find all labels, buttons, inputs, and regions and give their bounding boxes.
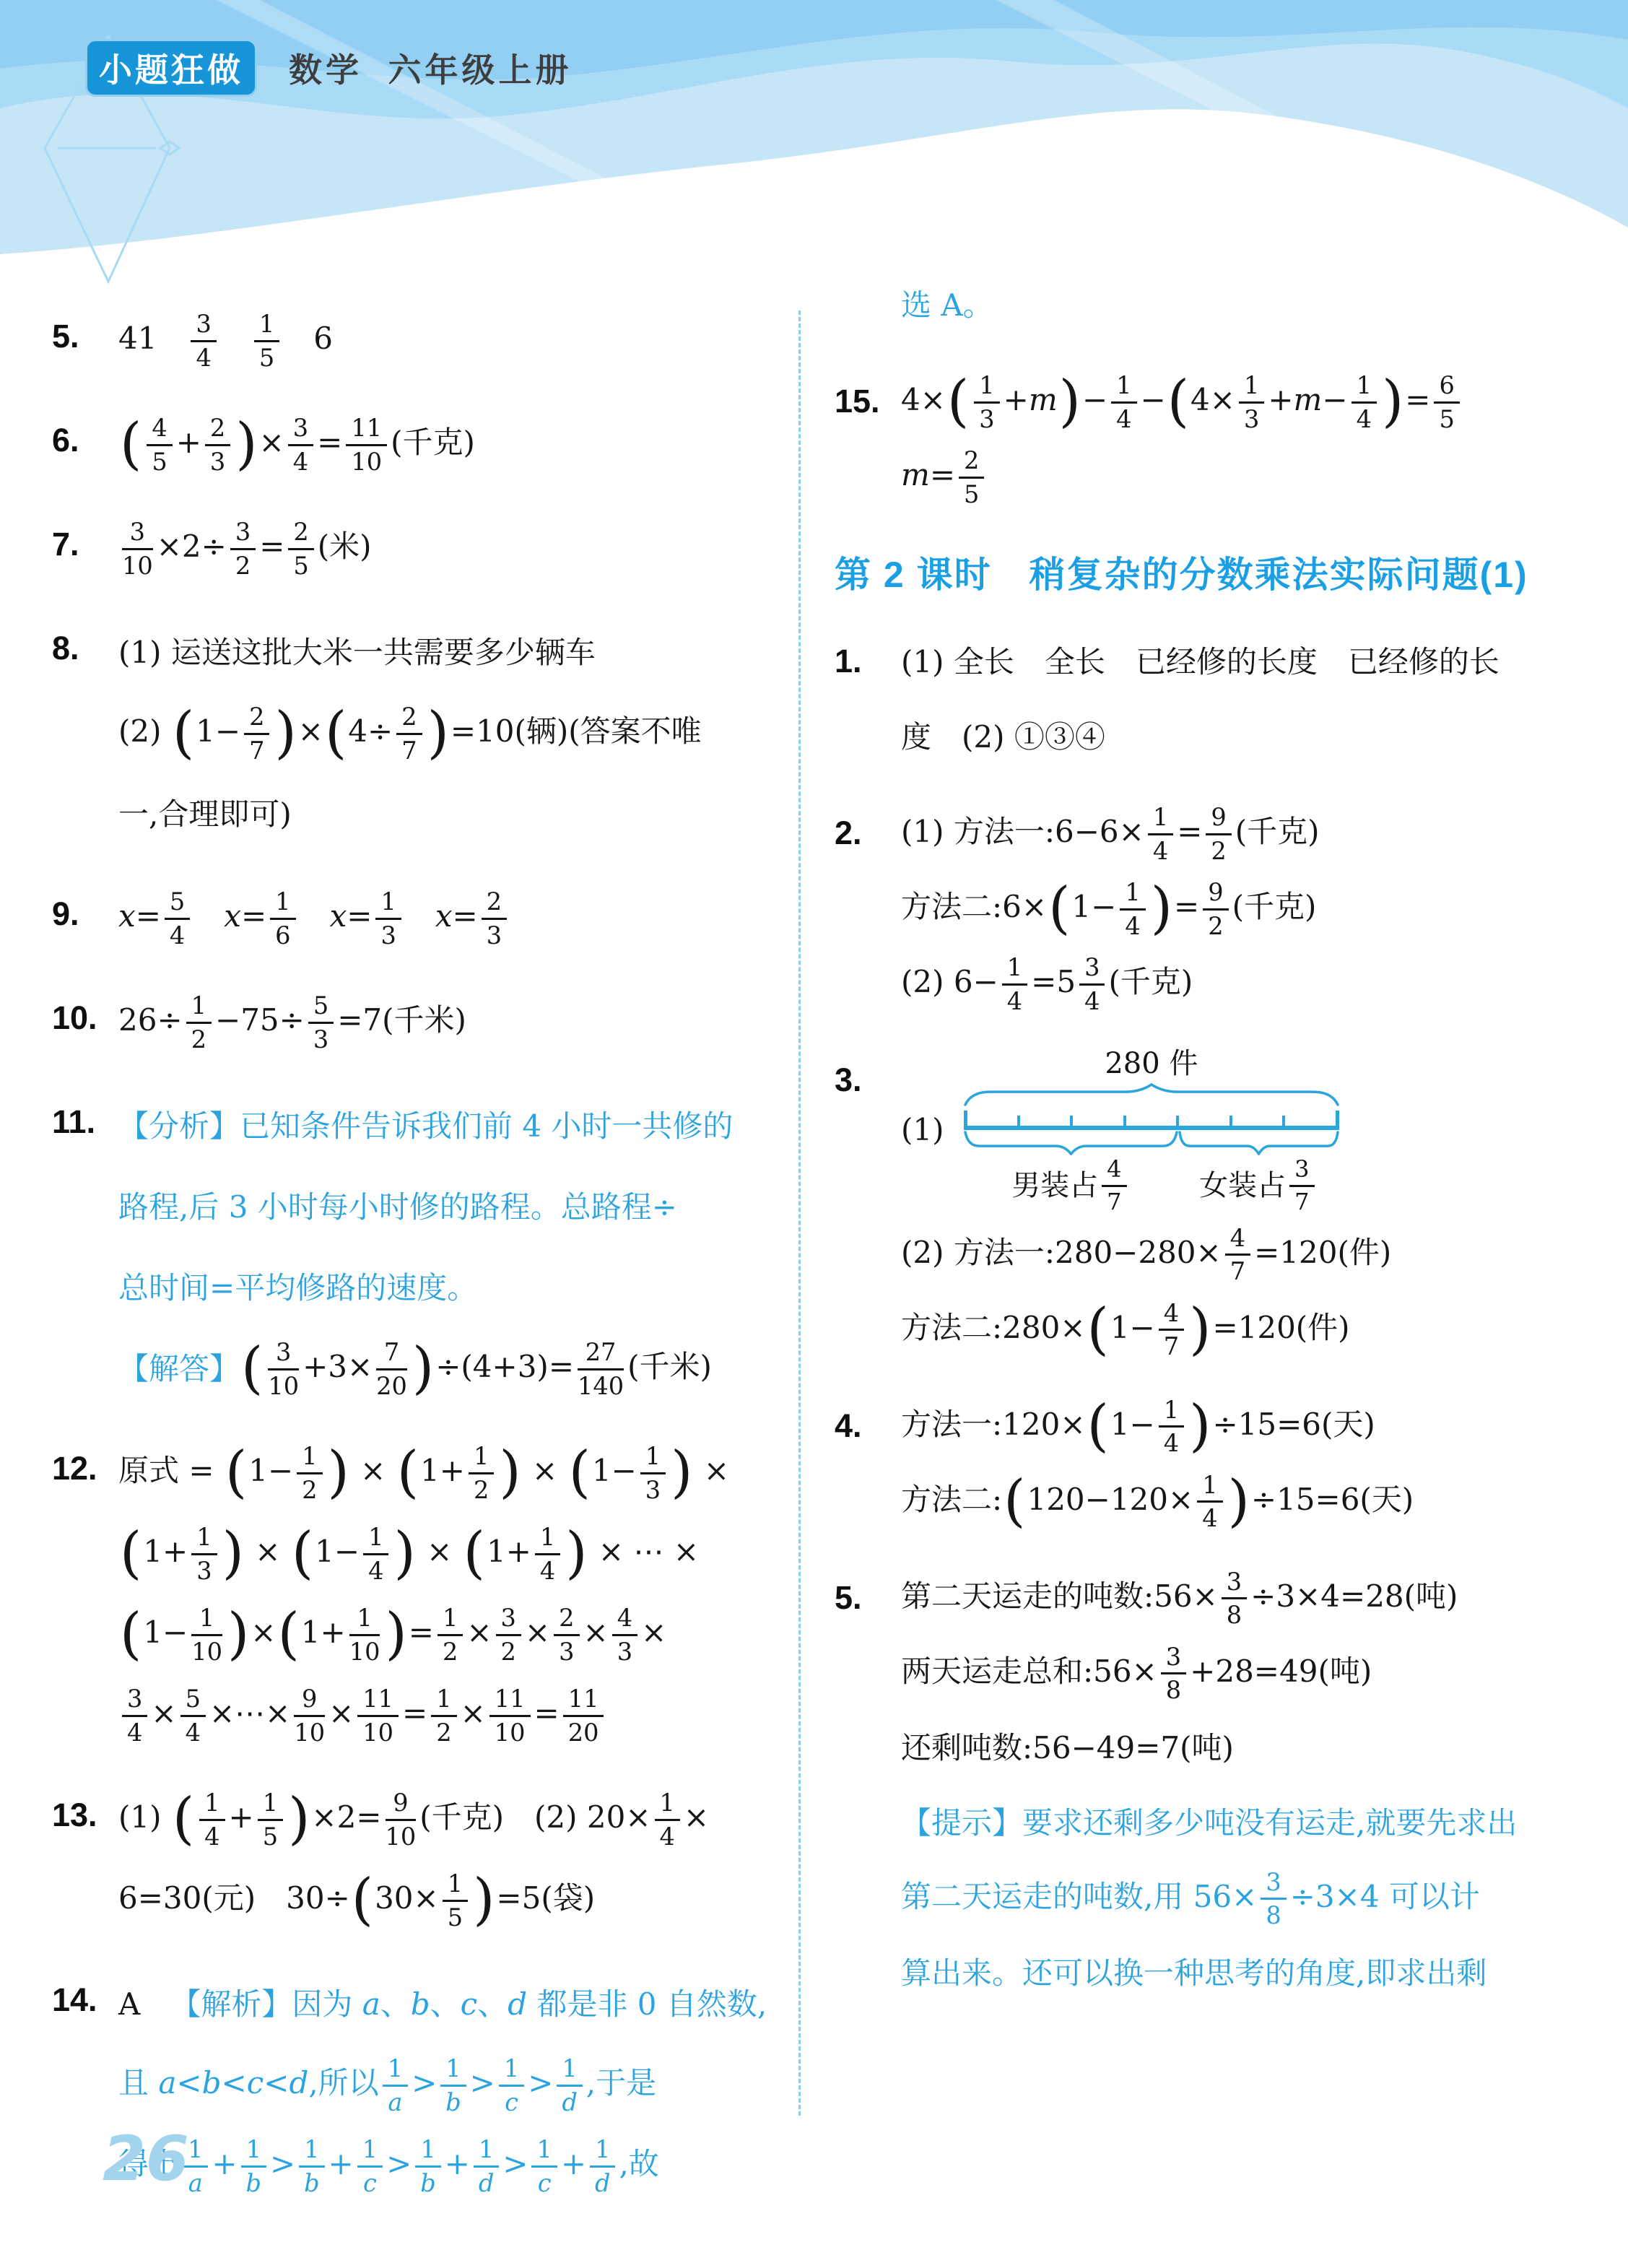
content-line: (2) (1−27)×(4÷27)=10(辆)(答案不唯: [118, 696, 785, 771]
big-paren: (: [224, 1440, 248, 1505]
fraction: 34: [288, 414, 313, 475]
item-number: 3.: [835, 1041, 901, 1119]
big-paren: ): [287, 1786, 311, 1851]
big-paren: (: [1086, 1394, 1110, 1459]
item-body: 选 A。: [901, 266, 1589, 345]
fraction: 13: [974, 372, 999, 433]
big-paren: ): [1188, 1297, 1212, 1362]
text-run: (1) 运送这批大米一共需要多少辆车: [118, 634, 596, 672]
text-run: 【解析】因为 a、b、c、d 都是非 0 自然数,: [170, 1986, 767, 2024]
text-run: (1+13) × (1−14) × (1+14) × ⋯ ×: [118, 1524, 699, 1584]
content-line: 34×54×⋯×910×1110=12×1110=1120: [118, 1678, 785, 1753]
content-line: (1−110)×(1+110)=12×32×23×43×: [118, 1597, 785, 1672]
fraction: 23: [482, 888, 507, 949]
big-paren: (: [118, 1602, 143, 1667]
fraction: 27: [244, 703, 269, 764]
text-run: (1) (14+15)×2=910(千克) (2) 20×14×: [118, 1789, 709, 1850]
text-run: 路程,后 3 小时每小时修的路程。总路程÷: [118, 1189, 677, 1227]
fraction: 14: [535, 1524, 560, 1584]
fraction: 45: [147, 414, 172, 475]
fraction: 1c: [499, 2055, 524, 2116]
item-body: (1) (14+15)×2=910(千克) (2) 20×14×6=30(元) …: [118, 1776, 785, 1944]
big-paren: ): [392, 1521, 417, 1586]
item-body: (1) 方法一:6−6×14=92(千克)方法二:6×(1−14)=92(千克)…: [901, 794, 1589, 1024]
diagram-left-label: 男装占47: [964, 1157, 1178, 1215]
fraction: 14: [1159, 1396, 1184, 1457]
content-line: (1) 全长 全长 已经修的长度 已经修的长: [901, 627, 1589, 698]
big-paren: ): [383, 1602, 408, 1667]
fraction: 12: [186, 992, 212, 1053]
content-line: (1) 方法一:6−6×14=92(千克): [901, 799, 1589, 869]
content-line: (1) 运送这批大米一共需要多少辆车: [118, 615, 785, 690]
workbook-answer-page: { "header": { "badge": "小题狂做", "title": …: [0, 0, 1628, 2268]
text-run: 总时间=平均修路的速度。: [118, 1269, 477, 1308]
text-run: (45+23)×34=1110(千克): [118, 414, 475, 475]
item-body: 方法一:120×(1−14)÷15=6(天)方法二:(120−120×14)÷1…: [901, 1387, 1589, 1542]
content-line: (2) 6−14=534(千克): [901, 949, 1589, 1020]
text-run: (1): [901, 1111, 954, 1150]
content-line: (1) (14+15)×2=910(千克) (2) 20×14×: [118, 1782, 785, 1857]
fraction: 12: [469, 1443, 494, 1503]
fraction: 92: [1206, 804, 1231, 864]
fraction: 25: [959, 447, 984, 508]
item-number: [835, 266, 901, 344]
item-number: 10.: [52, 979, 118, 1057]
fraction: 34: [1079, 954, 1105, 1014]
content-line: 路程,后 3 小时每小时修的路程。总路程÷: [118, 1170, 785, 1245]
item-body: x=54 x=16 x=13 x=23: [118, 875, 785, 962]
item-body: (1) 280 件男装占47女装占37(2) 方法一:280−280×47=12…: [901, 1041, 1589, 1370]
content-line: (45+23)×34=1110(千克): [118, 407, 785, 482]
content-line: A 【解析】因为 a、b、c、d 都是非 0 自然数,: [118, 1967, 785, 2042]
header-band: 小题狂做 数学 六年级上册: [0, 0, 1628, 274]
content-line: 方法二:6×(1−14)=92(千克): [901, 874, 1589, 944]
big-paren: ): [1380, 369, 1405, 434]
fraction: 13: [640, 1443, 666, 1503]
text-run: A: [118, 1986, 170, 2024]
text-run: 41 34 15 6: [118, 310, 333, 371]
big-paren: ): [221, 1521, 245, 1586]
fraction: 15: [254, 310, 279, 371]
fraction: 65: [1434, 372, 1459, 433]
big-paren: (: [1166, 369, 1190, 434]
content-line: (1) 280 件男装占47女装占37: [901, 1046, 1589, 1215]
text-run: 原式 = (1−12) × (1+12) × (1−13) ×: [118, 1443, 729, 1503]
content-line: 方法二:(120−120×14)÷15=6(天): [901, 1467, 1589, 1537]
text-run: 4×(13+m)−14−(4×13+m−14)=65: [901, 372, 1463, 433]
series-logo-badge: 小题狂做: [85, 39, 257, 97]
fraction: 12: [297, 1443, 322, 1503]
fraction: 38: [1261, 1869, 1286, 1929]
brace-bottom-right: [1178, 1131, 1339, 1155]
big-paren: (: [567, 1440, 592, 1505]
fraction: 1c: [531, 2136, 557, 2197]
fraction: 110: [349, 1604, 380, 1665]
fraction: 14: [1002, 954, 1027, 1014]
text-run: x=54 x=16 x=13 x=23: [118, 888, 510, 949]
fraction: 47: [1159, 1300, 1184, 1360]
answer-item-9: 9.x=54 x=16 x=13 x=23: [52, 875, 785, 962]
big-paren: ): [234, 412, 258, 477]
answer-item-8: 8.(1) 运送这批大米一共需要多少辆车(2) (1−27)×(4÷27)=10…: [52, 609, 785, 858]
item-number: 6.: [52, 401, 118, 479]
big-paren: ): [1227, 1469, 1251, 1534]
fraction: 14: [199, 1789, 225, 1850]
fraction: 1110: [489, 1685, 531, 1746]
big-paren: ): [564, 1521, 588, 1586]
item-number: 1.: [835, 622, 901, 700]
big-paren: (: [118, 1521, 143, 1586]
item-body: (1) 运送这批大米一共需要多少辆车(2) (1−27)×(4÷27)=10(辆…: [118, 609, 785, 858]
content-line: (1+13) × (1−14) × (1+14) × ⋯ ×: [118, 1516, 785, 1591]
text-run: 方法二:280×(1−47)=120(件): [901, 1300, 1350, 1360]
fraction: 34: [122, 1685, 147, 1746]
big-paren: (: [290, 1521, 315, 1586]
answer-item-12: 12.原式 = (1−12) × (1+12) × (1−13) ×(1+13)…: [52, 1430, 785, 1759]
item-number: 7.: [52, 505, 118, 583]
big-paren: (: [323, 700, 348, 765]
big-paren: (: [118, 412, 143, 477]
item-number: 5.: [52, 297, 118, 375]
content-line: 【分析】已知条件告诉我们前 4 小时一共修的: [118, 1089, 785, 1164]
fraction: 47: [1225, 1225, 1250, 1285]
content-line: 26÷12−75÷53=7(千米): [118, 985, 785, 1060]
fraction: 15: [258, 1789, 283, 1850]
fraction: 14: [1197, 1472, 1222, 1532]
column-divider: [798, 310, 801, 2116]
item-number: 13.: [52, 1776, 118, 1854]
fraction: 27140: [578, 1339, 624, 1399]
answer-item-4: 4.方法一:120×(1−14)÷15=6(天)方法二:(120−120×14)…: [835, 1387, 1589, 1542]
item-body: 【分析】已知条件告诉我们前 4 小时一共修的路程,后 3 小时每小时修的路程。总…: [118, 1083, 785, 1412]
text-run: 得出1a+1b>1b+1c>1b+1d>1c+1d,故: [118, 2136, 659, 2197]
big-paren: (: [240, 1336, 264, 1401]
fraction: 34: [191, 310, 216, 371]
content-line: 6=30(元) 30÷(30×15)=5(袋): [118, 1863, 785, 1938]
fraction: 14: [1148, 804, 1173, 864]
answer-item-1: 1.(1) 全长 全长 已经修的长度 已经修的长度 (2) ①③④: [835, 622, 1589, 777]
fraction: 14: [1351, 372, 1377, 433]
fraction: 32: [230, 518, 256, 579]
answer-item-5: 5.41 34 15 6: [52, 297, 785, 384]
big-paren: (: [350, 1867, 375, 1932]
item-body: 310×2÷32=25(米): [118, 505, 785, 592]
brace-top: [964, 1083, 1339, 1106]
item-number: 9.: [52, 875, 118, 953]
item-number: 11.: [52, 1083, 118, 1161]
item-body: A 【解析】因为 a、b、c、d 都是非 0 自然数,且 a<b<c<d,所以1…: [118, 1961, 785, 2210]
fraction: 14: [655, 1789, 680, 1850]
fraction: 32: [496, 1604, 521, 1665]
text-run: 一,合理即可): [118, 796, 292, 834]
big-paren: (: [1047, 876, 1071, 941]
content-line: 度 (2) ①③④: [901, 702, 1589, 773]
fraction: 14: [1111, 372, 1136, 433]
text-run: (2) (1−27)×(4÷27)=10(辆)(答案不唯: [118, 703, 702, 764]
text-run: 【提示】要求还剩多少吨没有运走,就要先求出: [901, 1804, 1517, 1843]
fraction: 310: [268, 1339, 299, 1399]
content-line: m=25: [901, 442, 1589, 513]
fraction: 1b: [440, 2055, 466, 2116]
segmented-bar: [964, 1106, 1339, 1131]
text-run: 选 A。: [901, 287, 993, 325]
text-run: m=25: [901, 447, 988, 508]
content-line: 【提示】要求还剩多少吨没有运走,就要先求出: [901, 1789, 1589, 1859]
text-run: (2) 6−14=534(千克): [901, 954, 1193, 1014]
big-paren: (: [1086, 1297, 1110, 1362]
fraction: 38: [1222, 1568, 1247, 1629]
fraction: 1d: [474, 2136, 499, 2197]
answer-item-6: 6.(45+23)×34=1110(千克): [52, 401, 785, 488]
fraction: 47: [1102, 1157, 1126, 1215]
series-logo-label: 小题狂做: [99, 44, 243, 92]
content-line: 第二天运走的吨数,用 56×38÷3×4 可以计: [901, 1864, 1589, 1934]
text-run: 两天运走总和:56×38+28=49(吨): [901, 1643, 1372, 1704]
item-body: 4×(13+m)−14−(4×13+m−14)=65m=25: [901, 362, 1589, 517]
text-run: 【解答】: [118, 1350, 240, 1389]
big-paren: ): [497, 1440, 522, 1505]
text-run: (310+3×720)÷(4+3)=27140(千米): [240, 1339, 712, 1399]
diagram-right-label: 女装占37: [1178, 1157, 1339, 1215]
text-run: 310×2÷32=25(米): [118, 518, 372, 579]
content-line: 41 34 15 6: [118, 303, 785, 378]
text-run: (1) 方法一:6−6×14=92(千克): [901, 804, 1320, 864]
text-run: 26÷12−75÷53=7(千米): [118, 992, 466, 1053]
text-run: 度 (2) ①③④: [901, 718, 1105, 757]
answer-item-10: 10.26÷12−75÷53=7(千米): [52, 979, 785, 1066]
answer-item-7: 7.310×2÷32=25(米): [52, 505, 785, 592]
big-paren: (: [171, 700, 196, 765]
content-line: (2) 方法一:280−280×47=120(件): [901, 1220, 1589, 1290]
big-paren: ): [1188, 1394, 1212, 1459]
text-run: (1−110)×(1+110)=12×32×23×43×: [118, 1604, 666, 1665]
fraction: 23: [205, 414, 230, 475]
answer-item-5: 5.第二天运走的吨数:56×38÷3×4=28(吨)两天运走总和:56×38+2…: [835, 1559, 1589, 2014]
text-run: 方法二:(120−120×14)÷15=6(天): [901, 1472, 1414, 1532]
brace-bottom-left: [964, 1131, 1178, 1155]
fraction: 92: [1203, 879, 1228, 939]
big-paren: (: [276, 1602, 300, 1667]
fraction: 910: [386, 1789, 417, 1850]
fraction: 1b: [415, 2136, 440, 2197]
item-body: 26÷12−75÷53=7(千米): [118, 979, 785, 1066]
big-paren: (: [1002, 1469, 1027, 1534]
big-paren: ): [273, 700, 297, 765]
content-line: x=54 x=16 x=13 x=23: [118, 881, 785, 956]
fraction: 1d: [557, 2055, 582, 2116]
item-number: 15.: [835, 362, 901, 440]
right-column: 选 A。15.4×(13+m)−14−(4×13+m−14)=65m=25第 2…: [835, 266, 1589, 2031]
fraction: 37: [1289, 1157, 1314, 1215]
big-paren: (: [462, 1521, 487, 1586]
content-line: 选 A。: [901, 270, 1589, 341]
answer-item-3: 3.(1) 280 件男装占47女装占37(2) 方法一:280−280×47=…: [835, 1041, 1589, 1370]
item-number: 5.: [835, 1559, 901, 1637]
fraction: 14: [363, 1524, 388, 1584]
item-number: 8.: [52, 609, 118, 687]
item-number: 14.: [52, 1961, 118, 2039]
item-body: 第二天运走的吨数:56×38÷3×4=28(吨)两天运走总和:56×38+28=…: [901, 1559, 1589, 2014]
content-line: 原式 = (1−12) × (1+12) × (1−13) ×: [118, 1435, 785, 1511]
content-line: 方法一:120×(1−14)÷15=6(天): [901, 1391, 1589, 1462]
item-number: 4.: [835, 1387, 901, 1465]
fraction: 16: [270, 888, 295, 949]
content-line: 【解答】(310+3×720)÷(4+3)=27140(千米): [118, 1331, 785, 1407]
fraction: 1110: [346, 414, 387, 475]
page-number: 26: [103, 2123, 189, 2195]
content-line: 一,合理即可): [118, 777, 785, 852]
fraction: 38: [1161, 1643, 1186, 1704]
fraction: 110: [191, 1604, 222, 1665]
fraction: 53: [308, 992, 334, 1053]
item-body: (1) 全长 全长 已经修的长度 已经修的长度 (2) ①③④: [901, 622, 1589, 777]
item-body: (45+23)×34=1110(千克): [118, 401, 785, 488]
left-column: 5.41 34 15 66.(45+23)×34=1110(千克)7.310×2…: [52, 297, 785, 2227]
text-run: 算出来。还可以换一种思考的角度,即求出剩: [901, 1955, 1486, 1993]
content-line: 310×2÷32=25(米): [118, 511, 785, 586]
big-paren: (: [171, 1786, 196, 1851]
fraction: 1120: [563, 1685, 604, 1746]
content-line: 4×(13+m)−14−(4×13+m−14)=65: [901, 367, 1589, 438]
fraction: 13: [191, 1524, 217, 1584]
big-paren: ): [1149, 876, 1174, 941]
fraction: 12: [438, 1604, 463, 1665]
big-paren: ): [426, 700, 450, 765]
text-run: 还剩吨数:56−49=7(吨): [901, 1729, 1234, 1768]
big-paren: ): [669, 1440, 694, 1505]
fraction: 1c: [357, 2136, 383, 2197]
content-line: 第二天运走的吨数:56×38÷3×4=28(吨): [901, 1563, 1589, 1634]
fraction: 13: [375, 888, 401, 949]
section-heading: 第 2 课时 稍复杂的分数乘法实际问题(1): [835, 546, 1589, 598]
fraction: 12: [431, 1685, 456, 1746]
fraction: 15: [443, 1870, 468, 1931]
item-number: 2.: [835, 794, 901, 872]
text-run: 且 a<b<c<d,所以1a>1b>1c>1d,于是: [118, 2055, 656, 2116]
content-line: 还剩吨数:56−49=7(吨): [901, 1713, 1589, 1784]
fraction: 310: [122, 518, 153, 579]
fraction: 1a: [383, 2055, 408, 2116]
fraction: 27: [396, 703, 422, 764]
bar-diagram: 280 件男装占47女装占37: [964, 1046, 1339, 1215]
item-number: 12.: [52, 1430, 118, 1508]
content-line: 方法二:280×(1−47)=120(件): [901, 1295, 1589, 1365]
content-line: 且 a<b<c<d,所以1a>1b>1c>1d,于是: [118, 2048, 785, 2123]
text-run: 6=30(元) 30÷(30×15)=5(袋): [118, 1870, 595, 1931]
fraction: 910: [294, 1685, 325, 1746]
fraction: 1d: [590, 2136, 615, 2197]
diagram-part-labels: 男装占47女装占37: [964, 1157, 1339, 1215]
text-run: (2) 方法一:280−280×47=120(件): [901, 1225, 1391, 1285]
diagram-bottom-braces: [964, 1131, 1339, 1155]
answer-item-continuation: 选 A。: [835, 266, 1589, 345]
fraction: 1b: [299, 2136, 324, 2197]
big-paren: ): [411, 1336, 435, 1401]
big-paren: ): [226, 1602, 251, 1667]
text-run: 34×54×⋯×910×1110=12×1110=1120: [118, 1685, 607, 1746]
answer-item-11: 11.【分析】已知条件告诉我们前 4 小时一共修的路程,后 3 小时每小时修的路…: [52, 1083, 785, 1412]
fraction: 43: [612, 1604, 637, 1665]
content-line: 得出1a+1b>1b+1c>1b+1d>1c+1d,故: [118, 2129, 785, 2204]
answer-item-2: 2.(1) 方法一:6−6×14=92(千克)方法二:6×(1−14)=92(千…: [835, 794, 1589, 1024]
fraction: 720: [376, 1339, 407, 1399]
item-body: 41 34 15 6: [118, 297, 785, 384]
text-run: 方法二:6×(1−14)=92(千克): [901, 879, 1316, 939]
diagram-total-label: 280 件: [964, 1046, 1339, 1082]
fraction: 23: [554, 1604, 579, 1665]
text-run: (1) 全长 全长 已经修的长度 已经修的长: [901, 643, 1499, 682]
big-paren: ): [326, 1440, 351, 1505]
answer-item-13: 13.(1) (14+15)×2=910(千克) (2) 20×14×6=30(…: [52, 1776, 785, 1944]
fraction: 13: [1239, 372, 1264, 433]
content-line: 两天运走总和:56×38+28=49(吨): [901, 1638, 1589, 1709]
text-run: 第二天运走的吨数:56×38÷3×4=28(吨): [901, 1568, 1458, 1629]
fraction: 54: [180, 1685, 206, 1746]
content-line: 算出来。还可以换一种思考的角度,即求出剩: [901, 1939, 1589, 2010]
big-paren: (: [946, 369, 970, 434]
text-run: 第二天运走的吨数,用 56×38÷3×4 可以计: [901, 1869, 1480, 1929]
big-paren: ): [471, 1867, 496, 1932]
fraction: 25: [288, 518, 313, 579]
answer-item-15: 15.4×(13+m)−14−(4×13+m−14)=65m=25: [835, 362, 1589, 517]
big-paren: (: [396, 1440, 420, 1505]
fraction: 14: [1120, 879, 1145, 939]
text-run: 【分析】已知条件告诉我们前 4 小时一共修的: [118, 1108, 733, 1146]
fraction: 1110: [357, 1685, 399, 1746]
book-title: 数学 六年级上册: [289, 46, 573, 90]
item-body: 原式 = (1−12) × (1+12) × (1−13) ×(1+13) × …: [118, 1430, 785, 1759]
big-paren: ): [1058, 369, 1082, 434]
fraction: 54: [165, 888, 190, 949]
content-line: 总时间=平均修路的速度。: [118, 1251, 785, 1326]
fraction: 1b: [241, 2136, 266, 2197]
text-run: 方法一:120×(1−14)÷15=6(天): [901, 1396, 1375, 1457]
